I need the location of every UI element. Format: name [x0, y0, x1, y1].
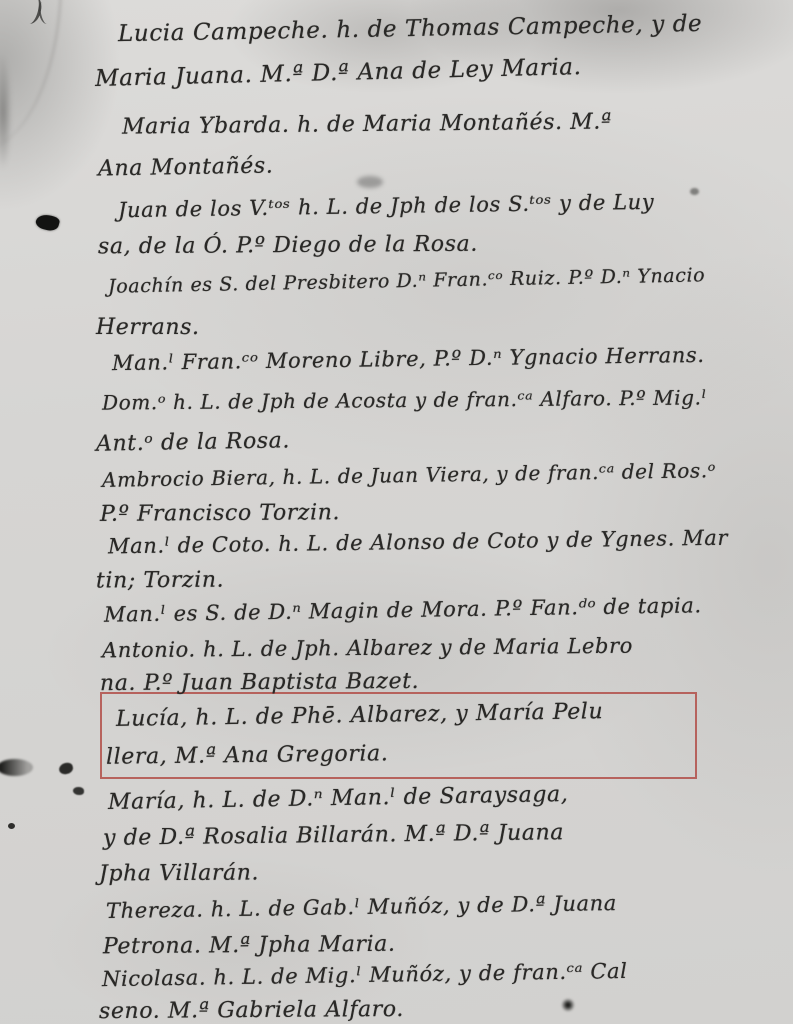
manuscript-line: seno. M.ª Gabriela Alfaro. — [99, 997, 404, 1024]
manuscript-line: y de D.ª Rosalia Billarán. M.ª D.ª Juana — [103, 820, 564, 851]
manuscript-line: na. P.º Juan Baptista Bazet. — [100, 669, 419, 696]
manuscript-line: sa, de la Ó. P.º Diego de la Rosa. — [98, 232, 478, 260]
manuscript-line: Ambrocio Biera, h. L. de Juan Viera, y d… — [102, 458, 716, 492]
manuscript-line: Maria Juana. M.ª D.ª Ana de Ley Maria. — [95, 54, 582, 92]
manuscript-line: Man.ˡ Fran.ᶜᵒ Moreno Libre, P.º D.ⁿ Ygna… — [112, 343, 705, 375]
manuscript-line: Maria Ybarda. h. de Maria Montañés. M.ª — [122, 109, 612, 139]
manuscript-line: Man.ˡ de Coto. h. L. de Alonso de Coto y… — [108, 526, 728, 559]
manuscript-line: Antonio. h. L. de Jph. Albarez y de Mari… — [102, 634, 633, 663]
manuscript-line: tin; Torzin. — [96, 568, 224, 594]
manuscript-line-highlighted: Lucía, h. L. de Phē. Albarez, y María Pe… — [116, 699, 604, 732]
manuscript-line-highlighted: llera, M.ª Ana Gregoria. — [106, 741, 389, 769]
manuscript-line: Nicolasa. h. L. de Mig.ˡ Muñóz, y de fra… — [102, 959, 628, 991]
ink-blot — [73, 787, 84, 795]
manuscript-page: Lucia Campeche. h. de Thomas Campeche, y… — [0, 0, 793, 1024]
manuscript-line: Thereza. h. L. de Gab.ˡ Muñóz, y de D.ª … — [106, 891, 617, 923]
ink-smear — [0, 759, 33, 776]
manuscript-line: Dom.ᵒ h. L. de Jph de Acosta y de fran.ᶜ… — [102, 385, 707, 414]
manuscript-line: Herrans. — [96, 315, 200, 340]
manuscript-line: Petrona. M.ª Jpha Maria. — [103, 932, 396, 960]
ink-blot — [58, 761, 74, 775]
manuscript-line: Joachín es S. del Presbitero D.ⁿ Fran.ᶜᵒ… — [108, 264, 706, 297]
corner-smudge — [0, 55, 12, 170]
manuscript-line: Lucia Campeche. h. de Thomas Campeche, y… — [118, 11, 703, 47]
ink-blot — [8, 823, 15, 829]
manuscript-line: Ana Montañés. — [98, 153, 274, 181]
manuscript-line: Man.ˡ es S. de D.ⁿ Magin de Mora. P.º Fa… — [104, 593, 702, 626]
manuscript-line: María, h. L. de D.ⁿ Man.ˡ de Saraysaga, — [108, 782, 569, 815]
manuscript-line: Jpha Villarán. — [99, 860, 259, 886]
manuscript-line: Ant.ᵒ de la Rosa. — [96, 428, 290, 456]
ink-speck — [357, 176, 383, 188]
manuscript-line: Juan de los V.ᵗᵒˢ h. L. de Jph de los S.… — [118, 190, 655, 222]
ink-blot — [561, 998, 575, 1012]
ink-speck — [690, 188, 699, 195]
manuscript-line: P.º Francisco Torzin. — [100, 500, 340, 527]
ink-blot — [34, 212, 60, 233]
